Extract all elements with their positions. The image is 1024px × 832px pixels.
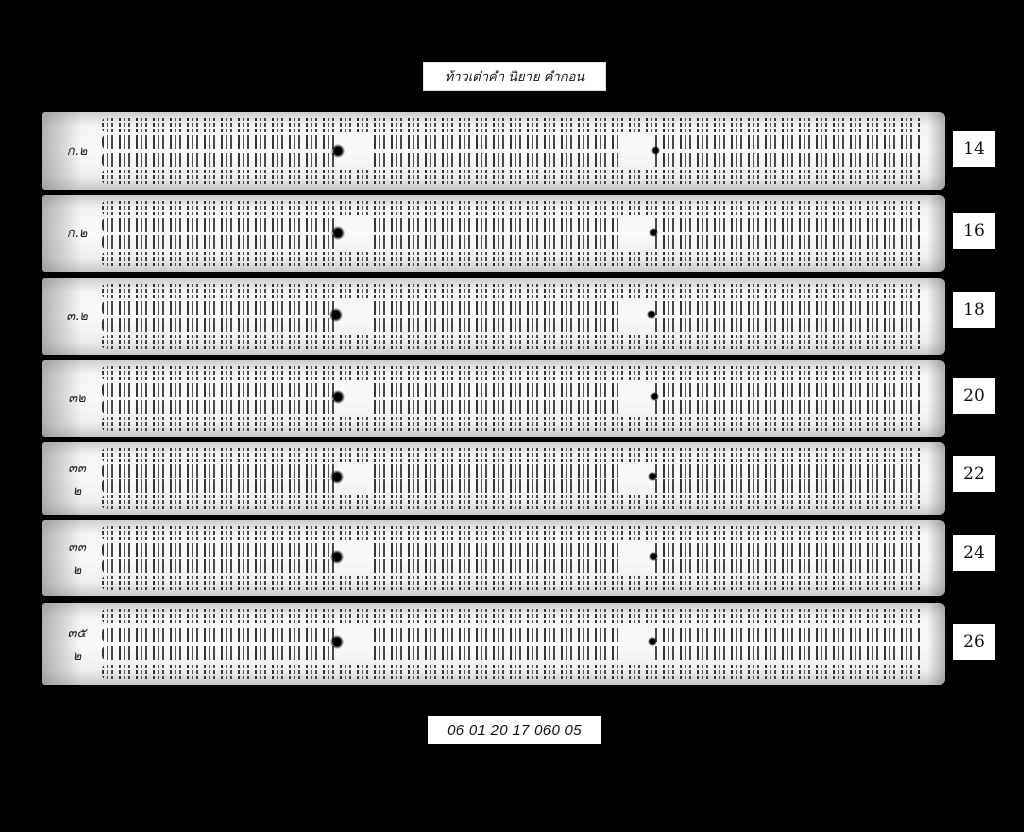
script-line <box>102 464 923 478</box>
manuscript-title-label: ท้าวเต่าคำ นิยาย คำกอน <box>424 63 605 90</box>
script-line <box>102 235 923 249</box>
script-line <box>102 479 923 493</box>
binding-hole-left <box>331 226 345 240</box>
leaf-margin-mark: ก.๒ <box>60 112 94 190</box>
script-line <box>102 153 923 167</box>
script-line <box>102 495 923 509</box>
script-lines <box>102 366 923 431</box>
palm-leaf-1: ก.๒ <box>42 112 945 190</box>
page-number-tag: 26 <box>953 624 995 660</box>
title-text: ท้าวเต่าคำ นิยาย คำกอน <box>445 66 585 87</box>
script-line <box>102 252 923 266</box>
script-line <box>102 284 923 298</box>
binding-hole-right <box>650 392 659 401</box>
script-line <box>102 628 923 642</box>
page-number-tag: 20 <box>953 378 995 414</box>
leaf-margin-mark: ๓๓ ๒ <box>60 442 94 515</box>
script-line <box>102 318 923 332</box>
script-line <box>102 609 923 623</box>
page-number-tag: 14 <box>953 131 995 167</box>
page-number-tag: 22 <box>953 456 995 492</box>
binding-hole-left <box>329 308 343 322</box>
palm-leaf-6: ๓๓ ๒ <box>42 520 945 596</box>
script-line <box>102 170 923 184</box>
script-line <box>102 201 923 215</box>
page-number-tag: 24 <box>953 535 995 571</box>
binding-hole-right <box>651 146 660 155</box>
binding-hole-right <box>649 552 658 561</box>
script-line <box>102 576 923 590</box>
leaf-margin-mark: ๓๕ ๒ <box>60 603 94 685</box>
script-line <box>102 301 923 315</box>
leaf-margin-mark: ๓๒ <box>60 360 94 437</box>
binding-hole-right <box>647 310 656 319</box>
script-lines <box>102 609 923 679</box>
palm-leaf-5: ๓๓ ๒ <box>42 442 945 515</box>
palm-leaf-3: ๓.๒ <box>42 278 945 355</box>
script-lines <box>102 448 923 509</box>
page-number-tag: 18 <box>953 292 995 328</box>
script-line <box>102 448 923 462</box>
leaf-margin-mark: ๓.๒ <box>60 278 94 355</box>
script-line <box>102 218 923 232</box>
palm-leaf-7: ๓๕ ๒ <box>42 603 945 685</box>
binding-hole-right <box>649 228 658 237</box>
script-line <box>102 335 923 349</box>
script-lines <box>102 526 923 590</box>
page-number-tag: 16 <box>953 213 995 249</box>
script-lines <box>102 118 923 184</box>
binding-hole-left <box>331 390 345 404</box>
script-line <box>102 526 923 540</box>
script-line <box>102 366 923 380</box>
binding-hole-right <box>648 637 657 646</box>
leaf-margin-mark: ๓๓ ๒ <box>60 520 94 596</box>
catalogue-code-label: 06 01 20 17 060 05 <box>428 716 601 744</box>
script-line <box>102 118 923 132</box>
binding-hole-right <box>648 472 657 481</box>
script-line <box>102 135 923 149</box>
binding-hole-left <box>330 550 344 564</box>
script-line <box>102 417 923 431</box>
script-line <box>102 543 923 557</box>
script-lines <box>102 284 923 349</box>
binding-hole-left <box>330 635 344 649</box>
leaf-margin-mark: ก.๒ <box>60 195 94 272</box>
script-line <box>102 400 923 414</box>
palm-leaf-4: ๓๒ <box>42 360 945 437</box>
script-lines <box>102 201 923 266</box>
palm-leaf-2: ก.๒ <box>42 195 945 272</box>
binding-hole-left <box>331 144 345 158</box>
script-line <box>102 646 923 660</box>
script-line <box>102 665 923 679</box>
catalogue-code-text: 06 01 20 17 060 05 <box>447 722 582 739</box>
script-line <box>102 383 923 397</box>
binding-hole-left <box>330 470 344 484</box>
script-line <box>102 559 923 573</box>
